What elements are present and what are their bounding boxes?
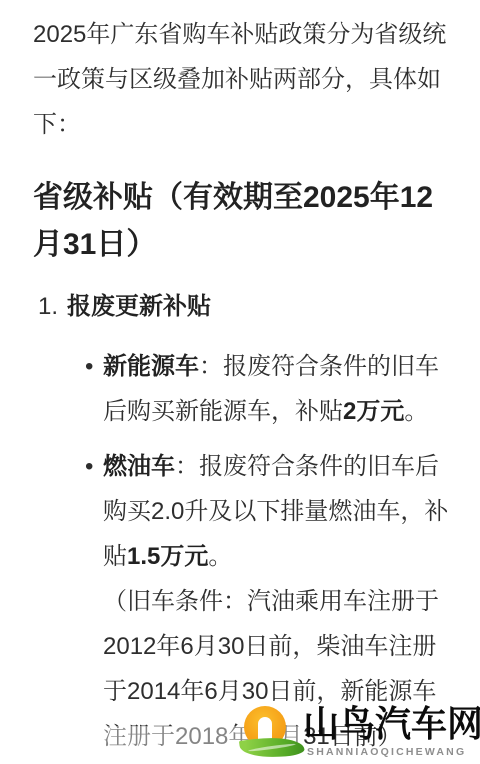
bullet-term: 新能源车 [103,353,199,380]
subsidy-amount: 2万元 [343,398,404,425]
bullet-suffix: 。 [404,398,428,425]
article-content: 2025年广东省购车补贴政策分为省级统 一政策与区级叠加补贴两部分，具体如 下：… [0,0,480,759]
section-heading: 省级补贴（有效期至2025年12 月31日） [33,174,451,268]
bullet-suffix: 。 [208,543,232,570]
subsidy-amount: 1.5万元 [127,543,208,570]
article-page: 2025年广东省购车补贴政策分为省级统 一政策与区级叠加补贴两部分，具体如 下：… [0,0,480,764]
note-paragraph: （旧车条件：汽油乘用车注册于 2012年6月30日前，柴油车注册 于2014年6… [103,579,461,759]
bullet-item-new-energy: •新能源车：报废符合条件的旧车后购买新能源车，补贴2万元。 [33,344,461,434]
bullet-marker-icon: • [85,444,93,489]
item-number: 1. [38,293,58,320]
bullet-marker-icon: • [85,344,93,389]
bullet-item-fuel-car: •燃油车：报废符合条件的旧车后购买2.0升及以下排量燃油车，补贴1.5万元。 [33,444,461,579]
numbered-item-scrap-renewal: 1.报废更新补贴 [38,292,451,322]
bullet-term: 燃油车 [103,453,175,480]
bullet-list: •新能源车：报废符合条件的旧车后购买新能源车，补贴2万元。 •燃油车：报废符合条… [33,344,451,579]
item-title: 报废更新补贴 [67,293,211,320]
intro-paragraph: 2025年广东省购车补贴政策分为省级统 一政策与区级叠加补贴两部分，具体如 下： [33,12,451,147]
